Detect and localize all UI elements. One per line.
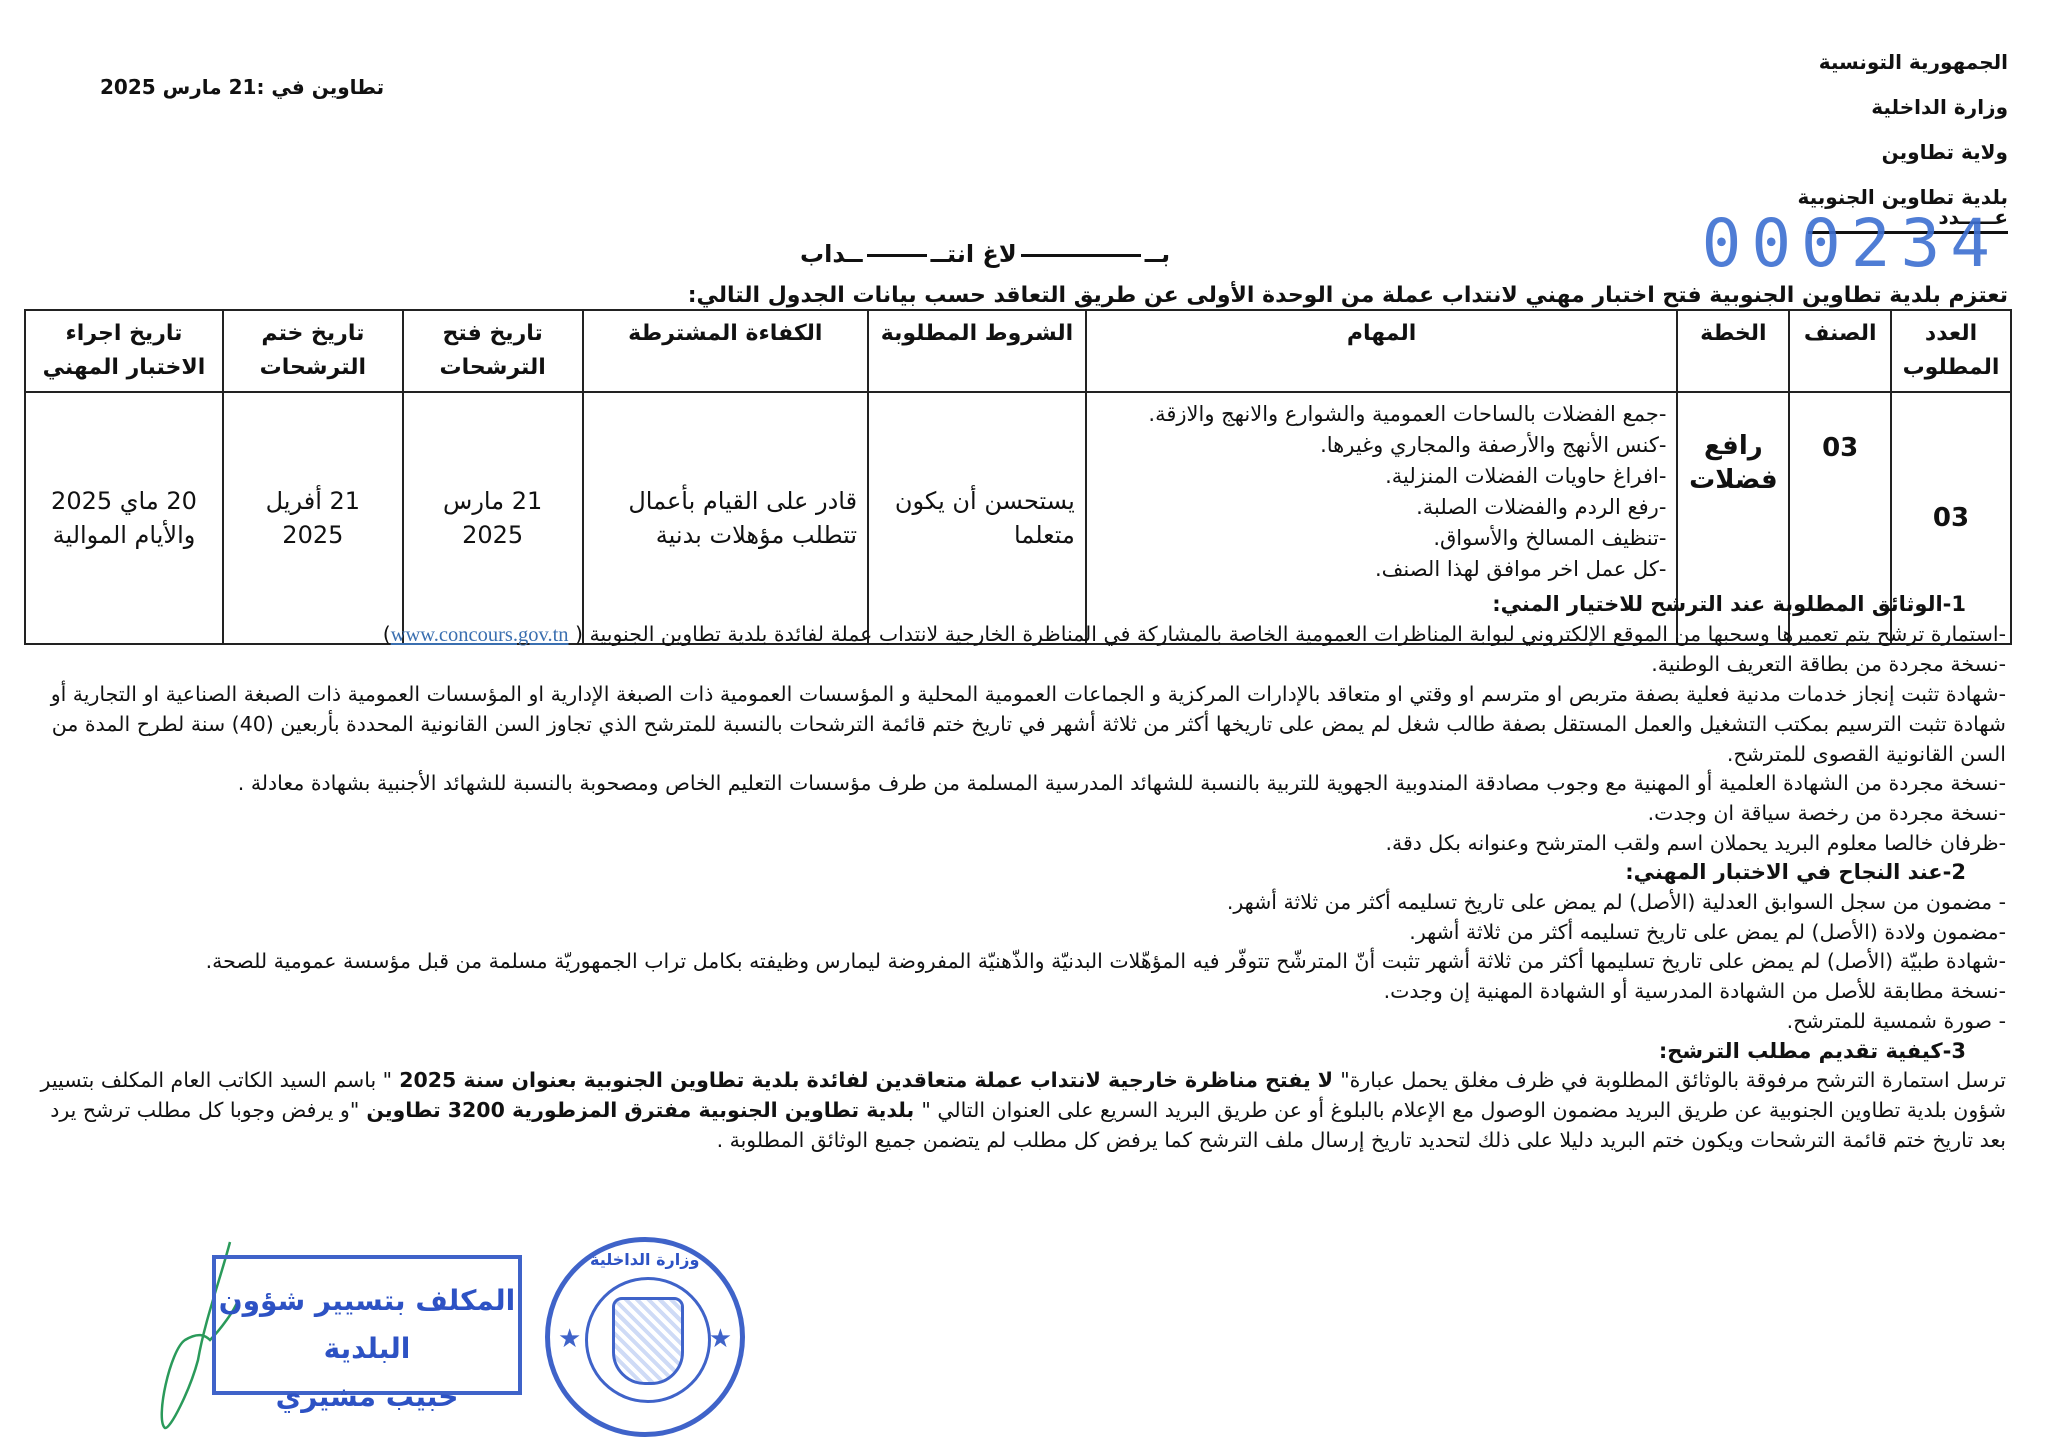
item-text: ) (383, 622, 391, 646)
section-1-item: -نسخة مجردة من رخصة سياقة ان وجدت. (31, 799, 2006, 829)
task-item: -جمع الفضلات بالساحات العمومية والشوارع … (1097, 399, 1667, 430)
stamp-name: حبيب مشيري (216, 1373, 518, 1421)
task-item: -كنس الأنهج والأرصفة والمجاري وغيرها. (1097, 430, 1667, 461)
table-header-row: العدد المطلوب الصنف الخطة المهام الشروط … (25, 310, 2011, 392)
task-item: -افراغ حاويات الفضلات المنزلية. (1097, 461, 1667, 492)
col-category: الصنف (1789, 310, 1891, 392)
header-governorate: ولاية تطاوين (1608, 130, 2008, 175)
section-1-heading: 1-الوثائق المطلوبة عند الترشح للاختيار ا… (31, 590, 2006, 620)
col-competence: الكفاءة المشترطة (583, 310, 869, 392)
bold-text-run: بلدية تطاوين الجنوبية مفترق المزطورية 32… (359, 1098, 921, 1122)
section-2-item: -نسخة مطابقة للأصل من الشهادة المدرسية أ… (31, 977, 2006, 1007)
section-2-item: -شهادة طبيّة (الأصل) لم يمض على تاريخ تس… (31, 947, 2006, 977)
title-part-3: ــداب (800, 240, 863, 268)
coat-of-arms-icon (612, 1297, 684, 1385)
col-exam-date: تاريخ اجراء الاختبار المهني (25, 310, 223, 392)
task-item: -كل عمل اخر موافق لهذا الصنف. (1097, 554, 1667, 585)
item-text: -استمارة ترشح يتم تعميرها وسحبها من المو… (575, 622, 2006, 646)
concours-link[interactable]: www.concours.gov.tn (391, 624, 569, 646)
section-1-item: -نسخة مجردة من الشهادة العلمية أو المهني… (31, 769, 2006, 799)
col-conditions: الشروط المطلوبة (868, 310, 1086, 392)
section-3-paragraph: ترسل استمارة الترشح مرفوقة بالوثائق المط… (31, 1066, 2006, 1155)
star-icon: ★ (709, 1324, 732, 1354)
section-2-item: - مضمون من سجل السوابق العدلية (الأصل) ل… (31, 888, 2006, 918)
seal-text: وزارة الداخلية (590, 1250, 699, 1269)
col-count: العدد المطلوب (1891, 310, 2011, 392)
section-2-item: -مضمون ولادة (الأصل) لم يمض على تاريخ تس… (31, 918, 2006, 948)
section-1-item: -استمارة ترشح يتم تعميرها وسحبها من المو… (31, 620, 2006, 651)
title-stretch (867, 254, 927, 257)
col-position: الخطة (1677, 310, 1789, 392)
star-icon: ★ (558, 1324, 581, 1354)
intro-paragraph: تعتزم بلدية تطاوين الجنوبية فتح اختبار م… (688, 283, 2008, 308)
ministry-seal-icon: ★ ★ وزارة الداخلية (545, 1237, 745, 1437)
bold-text-run: لا يفتح مناظرة خارجية لانتداب عملة متعاق… (392, 1068, 1340, 1092)
section-1-item: -نسخة مجردة من بطاقة التعريف الوطنية. (31, 650, 2006, 680)
section-1-item: -ظرفان خالصا معلوم البريد يحملان اسم ولق… (31, 829, 2006, 859)
col-open-date: تاريخ فتح الترشحات (403, 310, 583, 392)
document-body: 1-الوثائق المطلوبة عند الترشح للاختيار ا… (31, 590, 2006, 1155)
col-tasks: المهام (1086, 310, 1678, 392)
header-block: الجمهورية التونسية وزارة الداخلية ولاية … (1608, 40, 2008, 220)
stamp-title: المكلف بتسيير شؤون البلدية (216, 1277, 518, 1373)
section-1-item: -شهادة تثبت إنجاز خدمات مدنية فعلية بصفة… (31, 680, 2006, 769)
title-stretch (1021, 254, 1141, 257)
header-ministry: وزارة الداخلية (1608, 85, 2008, 130)
section-2-heading: 2-عند النجاح في الاختبار المهني: (31, 858, 2006, 888)
col-close-date: تاريخ ختم الترشحات (223, 310, 403, 392)
task-item: -تنظيف المسالخ والأسواق. (1097, 523, 1667, 554)
reference-number-stamp: 000234 (1702, 205, 2000, 282)
section-2-item: - صورة شمسية للمترشح. (31, 1007, 2006, 1037)
date-line: تطاوين في :21 مارس 2025 (100, 75, 384, 99)
title-part-2: لاغ انتــ (931, 240, 1017, 268)
official-stamp-box: المكلف بتسيير شؤون البلدية حبيب مشيري (212, 1255, 522, 1395)
section-3-heading: 3-كيفية تقديم مطلب الترشح: (31, 1037, 2006, 1067)
title-part-1: بــ (1145, 240, 1170, 268)
document-title: بــلاغ انتــــداب (800, 240, 1170, 268)
text-run: ترسل استمارة الترشح مرفوقة بالوثائق المط… (1340, 1068, 2006, 1092)
header-country: الجمهورية التونسية (1608, 40, 2008, 85)
task-item: -رفع الردم والفضلات الصلبة. (1097, 492, 1667, 523)
